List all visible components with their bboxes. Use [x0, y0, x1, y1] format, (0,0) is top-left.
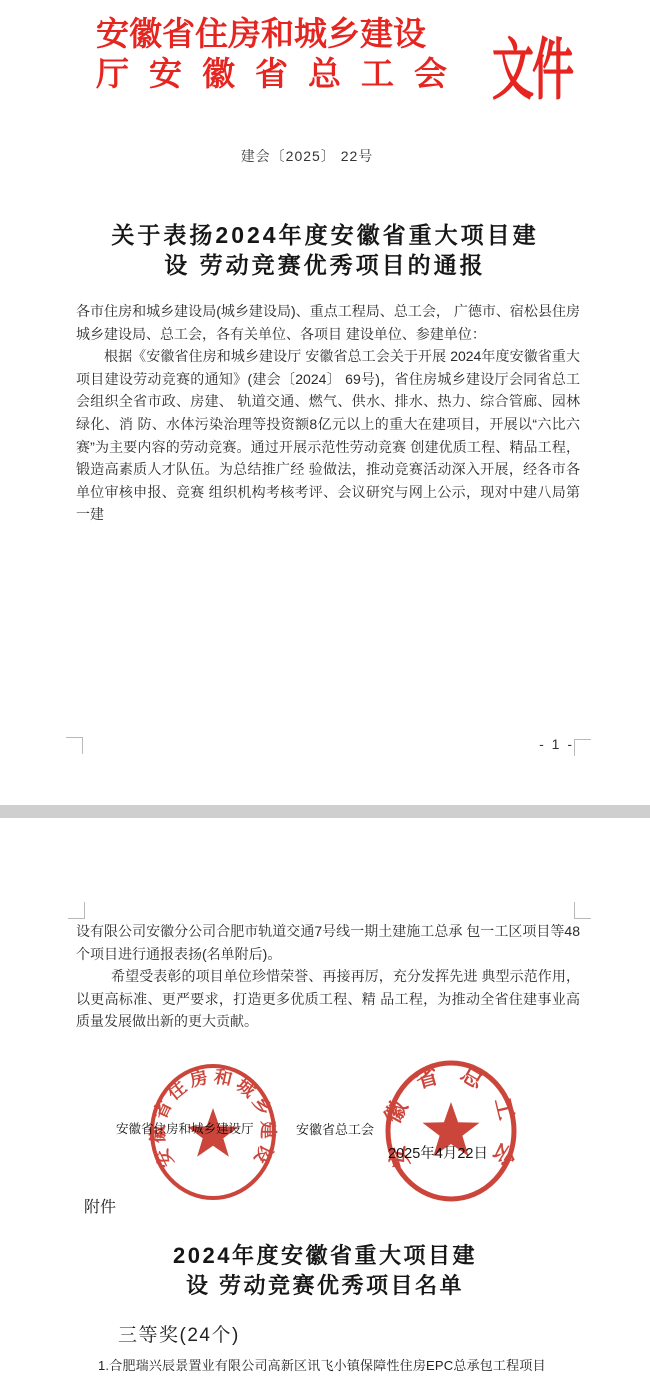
attachment-title: 2024年度安徽省重大项目建 设 劳动竞赛优秀项目名单 — [0, 1241, 650, 1301]
attachment-title-line2: 设 劳动竞赛优秀项目名单 — [0, 1271, 650, 1301]
star-icon — [187, 1108, 238, 1157]
page-divider — [0, 805, 650, 818]
document-page-2: 设有限公司安徽分公司合肥市轨道交通7号线一期土建施工总承 包一工区项目等48个项… — [0, 818, 650, 1383]
body-paragraph: 各市住房和城乡建设局(城乡建设局)、重点工程局、总工会， 广德市、宿松县住房城乡… — [76, 300, 580, 345]
doc-type-label: 文件 — [492, 18, 572, 114]
body-paragraph: 根据《安徽省住房和城乡建设厅 安徽省总工会关于开展 2024年度安徽省重大项目建… — [76, 345, 580, 526]
official-seal-trade-union: 安徽省总工会 — [382, 1059, 520, 1203]
body-paragraph: 希望受表彰的项目单位珍惜荣誉、再接再厉，充分发挥先进 典型示范作用， 以更高标准… — [76, 965, 580, 1033]
body-paragraph: 设有限公司安徽分公司合肥市轨道交通7号线一期土建施工总承 包一工区项目等48个项… — [76, 920, 580, 965]
signature-org2-label: 安徽省总工会 — [296, 1119, 374, 1138]
award-list-item: 1.合肥瑞兴辰景置业有限公司高新区讯飞小镇保障性住房EPC总承包工程项目 — [98, 1355, 546, 1374]
award-tier-heading: 三等奖(24个) — [118, 1320, 240, 1347]
document-page-1: 安徽省住房和城乡建设 厅安徽省总工会 文件 建会〔2025〕 22号 关于表扬2… — [0, 0, 650, 805]
page-number: - 1 - — [539, 736, 574, 752]
attachment-title-line1: 2024年度安徽省重大项目建 — [0, 1241, 650, 1271]
corner-mark — [574, 739, 591, 756]
document-title-line2: 设 劳动竞赛优秀项目的通报 — [0, 250, 650, 280]
issuing-org-line2: 厅安徽省总工会 — [96, 54, 467, 94]
document-title: 关于表扬2024年度安徽省重大项目建 设 劳动竞赛优秀项目的通报 — [0, 220, 650, 280]
issuing-org-name: 安徽省住房和城乡建设 厅安徽省总工会 — [96, 14, 467, 94]
corner-mark — [66, 737, 83, 754]
body-text-page1: 各市住房和城乡建设局(城乡建设局)、重点工程局、总工会， 广德市、宿松县住房城乡… — [76, 300, 580, 526]
red-letterhead: 安徽省住房和城乡建设 厅安徽省总工会 文件 — [0, 12, 650, 112]
corner-mark — [574, 902, 591, 919]
body-text-page2: 设有限公司安徽分公司合肥市轨道交通7号线一期土建施工总承 包一工区项目等48个项… — [76, 920, 580, 1033]
corner-mark — [68, 902, 85, 919]
doc-number: 建会〔2025〕 22号 — [0, 146, 614, 166]
official-seal-housing-dept: 安徽省住房和城乡建设厅 — [146, 1061, 280, 1203]
star-icon — [423, 1102, 480, 1156]
attachment-label: 附件 — [84, 1194, 116, 1217]
document-title-line1: 关于表扬2024年度安徽省重大项目建 — [0, 220, 650, 250]
issuing-org-line1: 安徽省住房和城乡建设 — [96, 14, 467, 54]
